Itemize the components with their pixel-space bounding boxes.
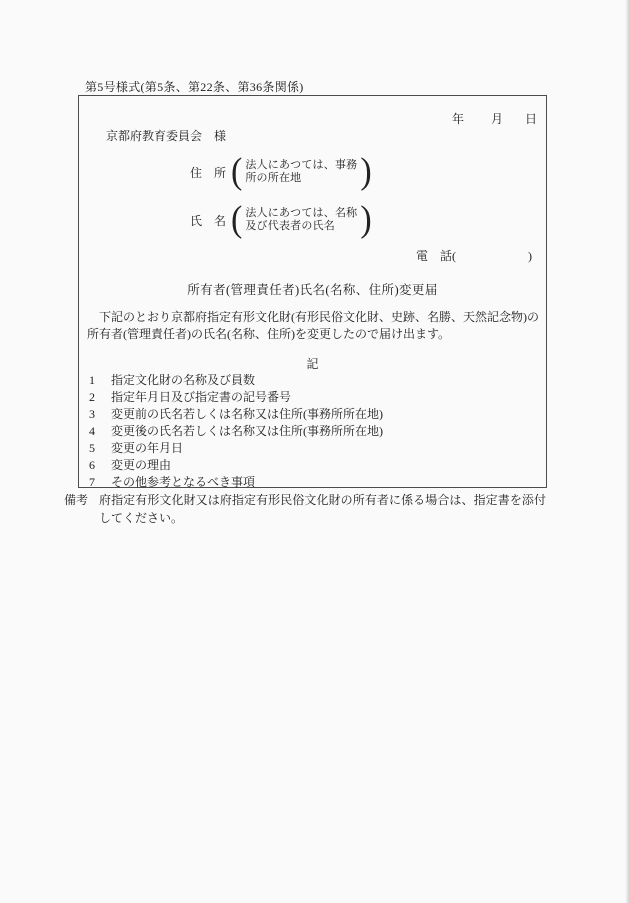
list-item-text: 変更前の氏名若しくは名称又は住所(事務所所在地) (111, 406, 383, 423)
list-item-number: 7 (89, 474, 111, 491)
phone-field-label: 電 話( ) (416, 247, 532, 264)
form-number-heading: 第5号様式(第5条、第22条、第36条関係) (85, 78, 304, 95)
list-item-number: 3 (89, 406, 111, 423)
list-item: 3 変更前の氏名若しくは名称又は住所(事務所所在地) (89, 406, 383, 423)
close-paren-icon: ) (360, 202, 371, 239)
list-heading: 記 (79, 355, 546, 372)
list-item-text: 変更の年月日 (111, 440, 183, 457)
close-paren-icon: ) (360, 154, 371, 191)
open-paren-icon: ( (231, 202, 242, 239)
open-paren-icon: ( (231, 154, 242, 191)
list-item: 5 変更の年月日 (89, 440, 383, 457)
list-item-text: 指定文化財の名称及び員数 (111, 372, 255, 389)
document-title: 所有者(管理責任者)氏名(名称、住所)変更届 (79, 280, 546, 298)
list-item-number: 6 (89, 457, 111, 474)
list-item: 4 変更後の氏名若しくは名称又は住所(事務所所在地) (89, 423, 383, 440)
remarks-section: 備考 府指定有形文化財又は府指定有形民俗文化財の所有者に係る場合は、指定書を添付… (64, 491, 546, 527)
list-item-text: 変更後の氏名若しくは名称又は住所(事務所所在地) (111, 423, 383, 440)
addressee-line: 京都府教育委員会 様 (106, 127, 226, 144)
name-field: 氏 名 ( 法人にあつては、名称 及び代表者の氏名 ) (190, 203, 372, 237)
list-item-text: 指定年月日及び指定書の記号番号 (111, 389, 291, 406)
body-paragraph: 下記のとおり京都府指定有形文化財(有形民俗文化財、史跡、名勝、天然記念物)の所有… (87, 309, 539, 343)
address-note: 法人にあつては、事務 所の所在地 (245, 159, 357, 185)
address-field: 住 所 ( 法人にあつては、事務 所の所在地 ) (190, 155, 372, 189)
date-day-label: 日 (525, 112, 537, 126)
list-item: 6 変更の理由 (89, 457, 383, 474)
list-item: 7 その他参考となるべき事項 (89, 474, 383, 491)
scan-edge-shadow (625, 0, 630, 903)
list-item: 2 指定年月日及び指定書の記号番号 (89, 389, 383, 406)
remarks-text: 府指定有形文化財又は府指定有形民俗文化財の所有者に係る場合は、指定書を添付してく… (99, 491, 546, 527)
list-item-number: 1 (89, 372, 111, 389)
name-label: 氏 名 (190, 212, 226, 229)
list-item-text: その他参考となるべき事項 (111, 474, 255, 491)
date-year-label: 年 (452, 112, 464, 126)
name-note: 法人にあつては、名称 及び代表者の氏名 (245, 207, 357, 233)
address-label: 住 所 (190, 164, 226, 181)
list-item-number: 4 (89, 423, 111, 440)
list-item: 1 指定文化財の名称及び員数 (89, 372, 383, 389)
list-item-number: 2 (89, 389, 111, 406)
date-month-label: 月 (491, 112, 503, 126)
name-note-line2: 及び代表者の氏名 (245, 220, 335, 232)
address-note-line1: 法人にあつては、事務 (245, 159, 357, 171)
scanned-form-page: 第5号様式(第5条、第22条、第36条関係) 年月日 京都府教育委員会 様 住 … (0, 0, 630, 903)
address-note-line2: 所の所在地 (245, 172, 301, 184)
remarks-label: 備考 (64, 491, 88, 527)
list-item-text: 変更の理由 (111, 457, 171, 474)
date-line: 年月日 (452, 110, 537, 127)
form-box: 年月日 京都府教育委員会 様 住 所 ( 法人にあつては、事務 所の所在地 ) … (78, 95, 547, 488)
list-item-number: 5 (89, 440, 111, 457)
name-note-line1: 法人にあつては、名称 (245, 207, 357, 219)
numbered-list: 1 指定文化財の名称及び員数 2 指定年月日及び指定書の記号番号 3 変更前の氏… (89, 372, 383, 491)
